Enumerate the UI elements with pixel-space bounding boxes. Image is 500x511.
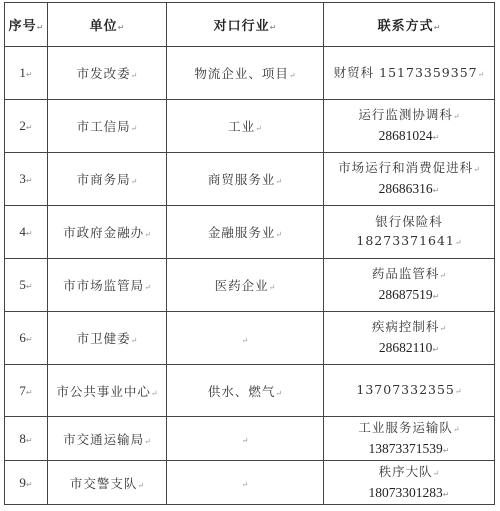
paragraph-mark-icon: ↵ <box>433 292 440 301</box>
table-row: 4↵市政府金融办↵金融服务业↵银行保险科 18273371641↵ <box>5 206 495 259</box>
contact-line2: 13873371539 <box>369 441 443 456</box>
contact-line2: 28682110 <box>379 340 433 355</box>
contact-line1: 运行监测协调科 <box>358 107 453 122</box>
paragraph-mark-icon: ↵ <box>242 436 249 445</box>
paragraph-mark-icon: ↵ <box>26 335 33 344</box>
table-row: 6↵市卫健委↵↵疾病控制科↵28682110↵ <box>5 312 495 365</box>
cell-no: 5↵ <box>5 259 48 312</box>
contact-line1: 市场运行和消费促进科 <box>338 160 473 175</box>
paragraph-mark-icon: ↵ <box>439 324 446 333</box>
paragraph-mark-icon: ↵ <box>455 238 462 247</box>
paragraph-mark-icon: ↵ <box>137 481 144 490</box>
table-header-row: 序号↵ 单位↵ 对口行业↵ 联系方式↵ <box>5 3 495 47</box>
cell-contact: 财贸科 15173359357↵ <box>324 47 495 100</box>
paragraph-mark-icon: ↵ <box>118 23 125 32</box>
contact-line1: 药品监管科 <box>372 266 440 281</box>
cell-industry: ↵ <box>167 417 324 461</box>
cell-contact: 银行保险科 18273371641↵ <box>324 206 495 259</box>
paragraph-mark-icon: ↵ <box>275 389 282 398</box>
cell-unit: 市商务局↵ <box>48 153 167 206</box>
paragraph-mark-icon: ↵ <box>453 425 460 434</box>
contact-line2: 18073301283 <box>369 485 443 500</box>
cell-unit: 市工信局↵ <box>48 100 167 153</box>
contact-line2: 28681024 <box>379 128 433 143</box>
paragraph-mark-icon: ↵ <box>455 387 462 396</box>
contact-line1: 秩序大队 <box>379 464 433 479</box>
cell-contact: 疾病控制科↵28682110↵ <box>324 312 495 365</box>
cell-unit: 市交警支队↵ <box>48 461 167 505</box>
cell-industry: 金融服务业↵ <box>167 206 324 259</box>
cell-unit: 市公共事业中心↵ <box>48 365 167 417</box>
paragraph-mark-icon: ↵ <box>478 70 485 79</box>
cell-contact: 工业服务运输队↵13873371539↵ <box>324 417 495 461</box>
paragraph-mark-icon: ↵ <box>26 176 33 185</box>
cell-unit: 市市场监管局↵ <box>48 259 167 312</box>
paragraph-mark-icon: ↵ <box>144 230 151 239</box>
paragraph-mark-icon: ↵ <box>439 271 446 280</box>
cell-no: 9↵ <box>5 461 48 505</box>
table-row: 8↵市交通运输局↵↵工业服务运输队↵13873371539↵ <box>5 417 495 461</box>
cell-contact: 秩序大队↵18073301283↵ <box>324 461 495 505</box>
paragraph-mark-icon: ↵ <box>26 388 33 397</box>
contact-line2: 28686316 <box>379 181 433 196</box>
cell-unit: 市卫健委↵ <box>48 312 167 365</box>
header-unit: 单位↵ <box>48 3 167 47</box>
contact-line1: 13707332355 <box>356 382 454 397</box>
table-row: 7↵市公共事业中心↵供水、燃气↵13707332355↵ <box>5 365 495 417</box>
paragraph-mark-icon: ↵ <box>131 336 138 345</box>
table-row: 9↵市交警支队↵↵秩序大队↵18073301283↵ <box>5 461 495 505</box>
cell-unit: 市交通运输局↵ <box>48 417 167 461</box>
paragraph-mark-icon: ↵ <box>275 177 282 186</box>
paragraph-mark-icon: ↵ <box>26 282 33 291</box>
table-row: 3↵市商务局↵商贸服务业↵市场运行和消费促进科↵28686316↵ <box>5 153 495 206</box>
cell-contact: 市场运行和消费促进科↵28686316↵ <box>324 153 495 206</box>
paragraph-mark-icon: ↵ <box>433 186 440 195</box>
paragraph-mark-icon: ↵ <box>433 133 440 142</box>
paragraph-mark-icon: ↵ <box>453 112 460 121</box>
paragraph-mark-icon: ↵ <box>443 446 450 455</box>
contact-line2: 28687519 <box>379 287 433 302</box>
paragraph-mark-icon: ↵ <box>26 436 33 445</box>
contact-line1: 疾病控制科 <box>372 319 440 334</box>
cell-contact: 13707332355↵ <box>324 365 495 417</box>
cell-industry: 物流企业、项目↵ <box>167 47 324 100</box>
contact-line1: 财贸科 15173359357 <box>334 65 478 80</box>
paragraph-mark-icon: ↵ <box>131 71 138 80</box>
cell-unit: 市政府金融办↵ <box>48 206 167 259</box>
paragraph-mark-icon: ↵ <box>434 23 441 32</box>
paragraph-mark-icon: ↵ <box>270 23 277 32</box>
paragraph-mark-icon: ↵ <box>473 165 480 174</box>
cell-no: 1↵ <box>5 47 48 100</box>
table-row: 2↵市工信局↵工业↵运行监测协调科↵28681024↵ <box>5 100 495 153</box>
header-no: 序号↵ <box>5 3 48 47</box>
paragraph-mark-icon: ↵ <box>289 71 296 80</box>
cell-industry: 医药企业↵ <box>167 259 324 312</box>
paragraph-mark-icon: ↵ <box>242 480 249 489</box>
paragraph-mark-icon: ↵ <box>37 23 44 32</box>
paragraph-mark-icon: ↵ <box>443 490 450 499</box>
paragraph-mark-icon: ↵ <box>26 229 33 238</box>
contact-line1: 工业服务运输队 <box>358 420 453 435</box>
contact-table: 序号↵ 单位↵ 对口行业↵ 联系方式↵ 1↵市发改委↵物流企业、项目↵财贸科 1… <box>4 2 495 505</box>
paragraph-mark-icon: ↵ <box>151 389 158 398</box>
paragraph-mark-icon: ↵ <box>433 469 440 478</box>
paragraph-mark-icon: ↵ <box>255 124 262 133</box>
paragraph-mark-icon: ↵ <box>269 283 276 292</box>
cell-industry: ↵ <box>167 461 324 505</box>
paragraph-mark-icon: ↵ <box>26 480 33 489</box>
table-row: 5↵市市场监管局↵医药企业↵药品监管科↵28687519↵ <box>5 259 495 312</box>
cell-no: 8↵ <box>5 417 48 461</box>
contact-line1: 银行保险科 18273371641 <box>356 214 454 248</box>
paragraph-mark-icon: ↵ <box>131 177 138 186</box>
cell-industry: 商贸服务业↵ <box>167 153 324 206</box>
header-contact: 联系方式↵ <box>324 3 495 47</box>
cell-no: 6↵ <box>5 312 48 365</box>
cell-industry: 工业↵ <box>167 100 324 153</box>
cell-industry: ↵ <box>167 312 324 365</box>
cell-no: 7↵ <box>5 365 48 417</box>
paragraph-mark-icon: ↵ <box>275 230 282 239</box>
header-industry: 对口行业↵ <box>167 3 324 47</box>
cell-industry: 供水、燃气↵ <box>167 365 324 417</box>
paragraph-mark-icon: ↵ <box>432 345 439 354</box>
cell-no: 3↵ <box>5 153 48 206</box>
table-row: 1↵市发改委↵物流企业、项目↵财贸科 15173359357↵ <box>5 47 495 100</box>
cell-contact: 运行监测协调科↵28681024↵ <box>324 100 495 153</box>
paragraph-mark-icon: ↵ <box>144 283 151 292</box>
paragraph-mark-icon: ↵ <box>26 123 33 132</box>
cell-no: 2↵ <box>5 100 48 153</box>
paragraph-mark-icon: ↵ <box>131 124 138 133</box>
paragraph-mark-icon: ↵ <box>26 70 33 79</box>
paragraph-mark-icon: ↵ <box>144 437 151 446</box>
paragraph-mark-icon: ↵ <box>242 336 249 345</box>
cell-no: 4↵ <box>5 206 48 259</box>
cell-contact: 药品监管科↵28687519↵ <box>324 259 495 312</box>
cell-unit: 市发改委↵ <box>48 47 167 100</box>
